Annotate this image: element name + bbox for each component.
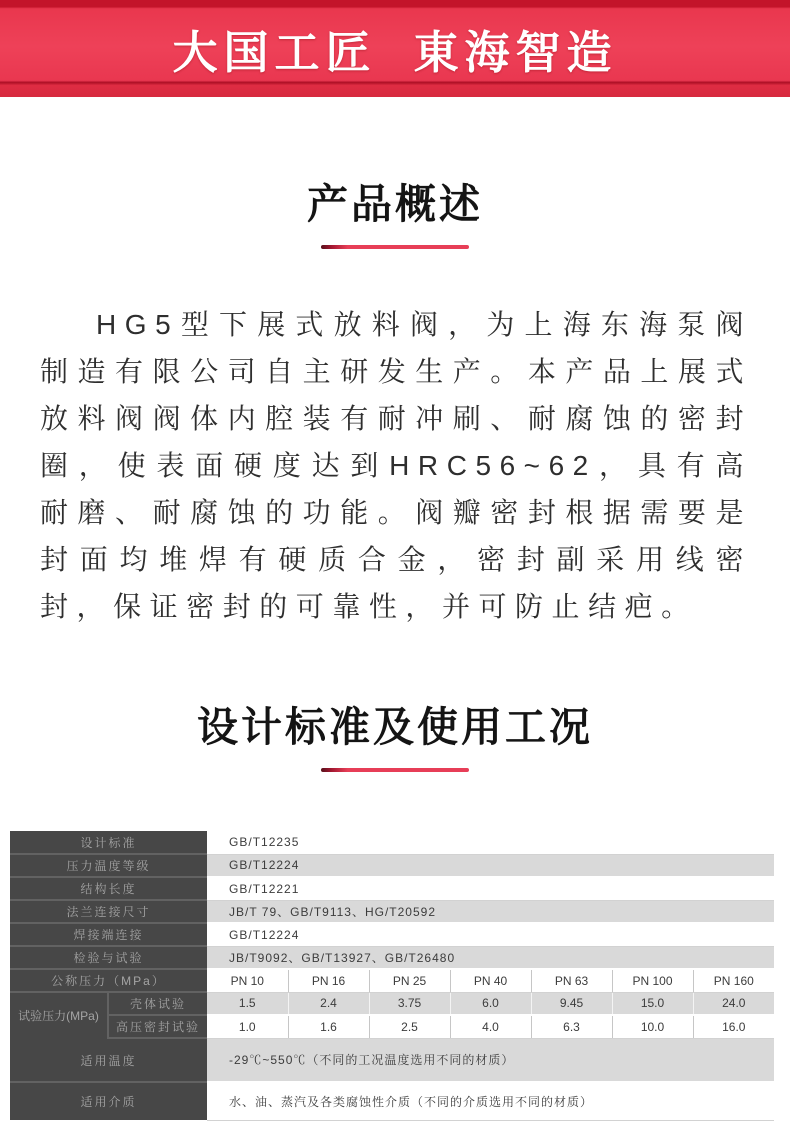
nominal-pressure-row: 公称压力（MPa） PN 10 PN 16 PN 25 PN 40 PN 63 … bbox=[10, 969, 774, 992]
row-value: 水、油、蒸汽及各类腐蚀性介质（不同的介质选用不同的材质） bbox=[207, 1082, 774, 1120]
row-value: GB/T12224 bbox=[207, 854, 774, 877]
shell-test-row: 试验压力(MPa) 壳体试验 1.5 2.4 3.75 6.0 9.45 15.… bbox=[10, 992, 774, 1015]
seal-test-row: 高压密封试验 1.0 1.6 2.5 4.0 6.3 10.0 16.0 bbox=[10, 1015, 774, 1038]
row-label: 法兰连接尺寸 bbox=[10, 900, 207, 923]
row-label: 结构长度 bbox=[10, 877, 207, 900]
pn-cell: PN 16 bbox=[288, 969, 369, 992]
table-row: 法兰连接尺寸 JB/T 79、GB/T9113、HG/T20592 bbox=[10, 900, 774, 923]
medium-row: 适用介质 水、油、蒸汽及各类腐蚀性介质（不同的介质选用不同的材质） bbox=[10, 1082, 774, 1120]
value-cell: 2.4 bbox=[288, 992, 369, 1015]
top-banner: 大国工匠 東海智造 bbox=[0, 0, 790, 97]
table-row: 结构长度 GB/T12221 bbox=[10, 877, 774, 900]
spec-table: 设计标准 GB/T12235 压力温度等级 GB/T12224 结构长度 GB/… bbox=[10, 831, 774, 1121]
row-value: JB/T 79、GB/T9113、HG/T20592 bbox=[207, 900, 774, 923]
value-cell: 1.5 bbox=[207, 992, 288, 1015]
row-label: 检验与试验 bbox=[10, 946, 207, 969]
value-cell: 2.5 bbox=[369, 1015, 450, 1038]
pn-cell: PN 25 bbox=[369, 969, 450, 992]
row-label: 适用温度 bbox=[10, 1038, 207, 1082]
value-cell: 4.0 bbox=[450, 1015, 531, 1038]
row-label: 设计标准 bbox=[10, 831, 207, 854]
table-row: 焊接端连接 GB/T12224 bbox=[10, 923, 774, 946]
value-cell: 10.0 bbox=[612, 1015, 693, 1038]
banner-title: 大国工匠 東海智造 bbox=[172, 16, 617, 81]
value-cell: 16.0 bbox=[693, 1015, 774, 1038]
value-cell: 6.0 bbox=[450, 992, 531, 1015]
table-row: 设计标准 GB/T12235 bbox=[10, 831, 774, 854]
value-cell: 15.0 bbox=[612, 992, 693, 1015]
spec-table-container: 设计标准 GB/T12235 压力温度等级 GB/T12224 结构长度 GB/… bbox=[10, 831, 790, 1121]
table-row: 压力温度等级 GB/T12224 bbox=[10, 854, 774, 877]
design-title-underline bbox=[321, 768, 469, 772]
row-label: 焊接端连接 bbox=[10, 923, 207, 946]
row-label: 压力温度等级 bbox=[10, 854, 207, 877]
row-label: 高压密封试验 bbox=[108, 1015, 207, 1038]
pn-cell: PN 100 bbox=[612, 969, 693, 992]
pn-cell: PN 63 bbox=[531, 969, 612, 992]
value-cell: 1.0 bbox=[207, 1015, 288, 1038]
value-cell: 3.75 bbox=[369, 992, 450, 1015]
row-value: GB/T12221 bbox=[207, 877, 774, 900]
pn-cell: PN 160 bbox=[693, 969, 774, 992]
value-cell: 6.3 bbox=[531, 1015, 612, 1038]
row-value: -29℃~550℃（不同的工况温度选用不同的材质） bbox=[207, 1038, 774, 1082]
row-label: 适用介质 bbox=[10, 1082, 207, 1120]
row-value: GB/T12224 bbox=[207, 923, 774, 946]
value-cell: 24.0 bbox=[693, 992, 774, 1015]
overview-title-underline bbox=[321, 245, 469, 249]
row-value: GB/T12235 bbox=[207, 831, 774, 854]
value-cell: 1.6 bbox=[288, 1015, 369, 1038]
value-cell: 9.45 bbox=[531, 992, 612, 1015]
table-row: 检验与试验 JB/T9092、GB/T13927、GB/T26480 bbox=[10, 946, 774, 969]
temperature-row: 适用温度 -29℃~550℃（不同的工况温度选用不同的材质） bbox=[10, 1038, 774, 1082]
row-label: 公称压力（MPa） bbox=[10, 969, 207, 992]
overview-paragraph: HG5型下展式放料阀，为上海东海泵阀制造有限公司自主研发生产。本产品上展式放料阀… bbox=[40, 301, 752, 630]
overview-section-title: 产品概述 bbox=[0, 171, 790, 230]
row-label: 壳体试验 bbox=[108, 992, 207, 1015]
row-value: JB/T9092、GB/T13927、GB/T26480 bbox=[207, 946, 774, 969]
design-section-title: 设计标准及使用工况 bbox=[0, 694, 790, 753]
test-pressure-group-label: 试验压力(MPa) bbox=[10, 992, 108, 1038]
pn-cell: PN 40 bbox=[450, 969, 531, 992]
pn-cell: PN 10 bbox=[207, 969, 288, 992]
